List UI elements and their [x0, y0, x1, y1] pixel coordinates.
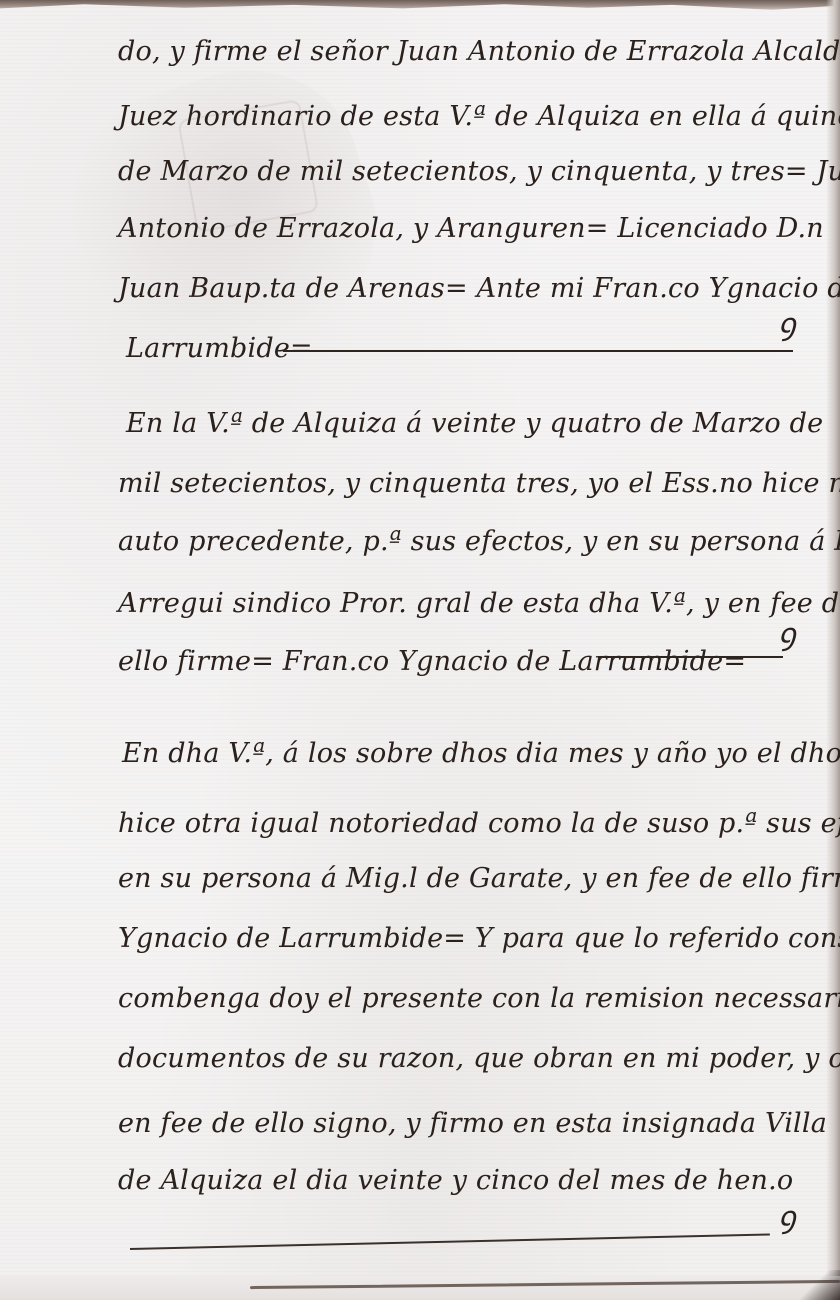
manuscript-line: Larrumbide= [126, 335, 313, 362]
manuscript-line: mil setecientos, y cinquenta tres, yo el… [118, 470, 840, 497]
paraph-icon: ꝯ [778, 302, 796, 343]
page-bottom-edge [0, 1276, 840, 1300]
manuscript-line: Ygnacio de Larrumbide= Y para que lo ref… [118, 925, 840, 952]
manuscript-line: Juan Baup.ta de Arenas= Ante mi Fran.co … [118, 275, 840, 302]
manuscript-line: de Alquiza el dia veinte y cinco del mes… [118, 1167, 793, 1194]
manuscript-line: auto precedente, p.ª sus efectos, y en s… [118, 528, 840, 555]
manuscript-line: combenga doy el presente con la remision… [118, 985, 840, 1012]
manuscript-line: en su persona á Mig.l de Garate, y en fe… [118, 865, 840, 892]
line-filler-rule [283, 350, 793, 352]
paraph-icon: ꝯ [778, 1195, 796, 1236]
manuscript-page: do, y firme el señor Juan Antonio de Err… [0, 0, 840, 1300]
page-corner-shadow [800, 1270, 840, 1300]
paraph-icon: ꝯ [778, 612, 796, 653]
manuscript-line: En la V.ª de Alquiza á veinte y quatro d… [126, 410, 823, 437]
manuscript-line: documentos de su razon, que obran en mi … [118, 1045, 840, 1072]
manuscript-line: ello firme= Fran.co Ygnacio de Larrumbid… [118, 648, 746, 675]
manuscript-line: Arregui sindico Pror. gral de esta dha V… [118, 590, 840, 617]
manuscript-line: en fee de ello signo, y firmo en esta in… [118, 1110, 827, 1137]
manuscript-line: de Marzo de mil setecientos, y cinquenta… [118, 158, 840, 185]
manuscript-text: do, y firme el señor Juan Antonio de Err… [118, 0, 818, 1300]
manuscript-line: Juez hordinario de esta V.ª de Alquiza e… [118, 103, 840, 130]
manuscript-line: hice otra igual notoriedad como la de su… [118, 810, 840, 837]
manuscript-line: Antonio de Errazola, y Aranguren= Licenc… [118, 215, 824, 242]
line-filler-rule [598, 656, 783, 658]
page-right-edge [826, 0, 840, 1300]
manuscript-line: En dha V.ª, á los sobre dhos dia mes y a… [122, 740, 840, 767]
manuscript-line: do, y firme el señor Juan Antonio de Err… [118, 38, 840, 65]
